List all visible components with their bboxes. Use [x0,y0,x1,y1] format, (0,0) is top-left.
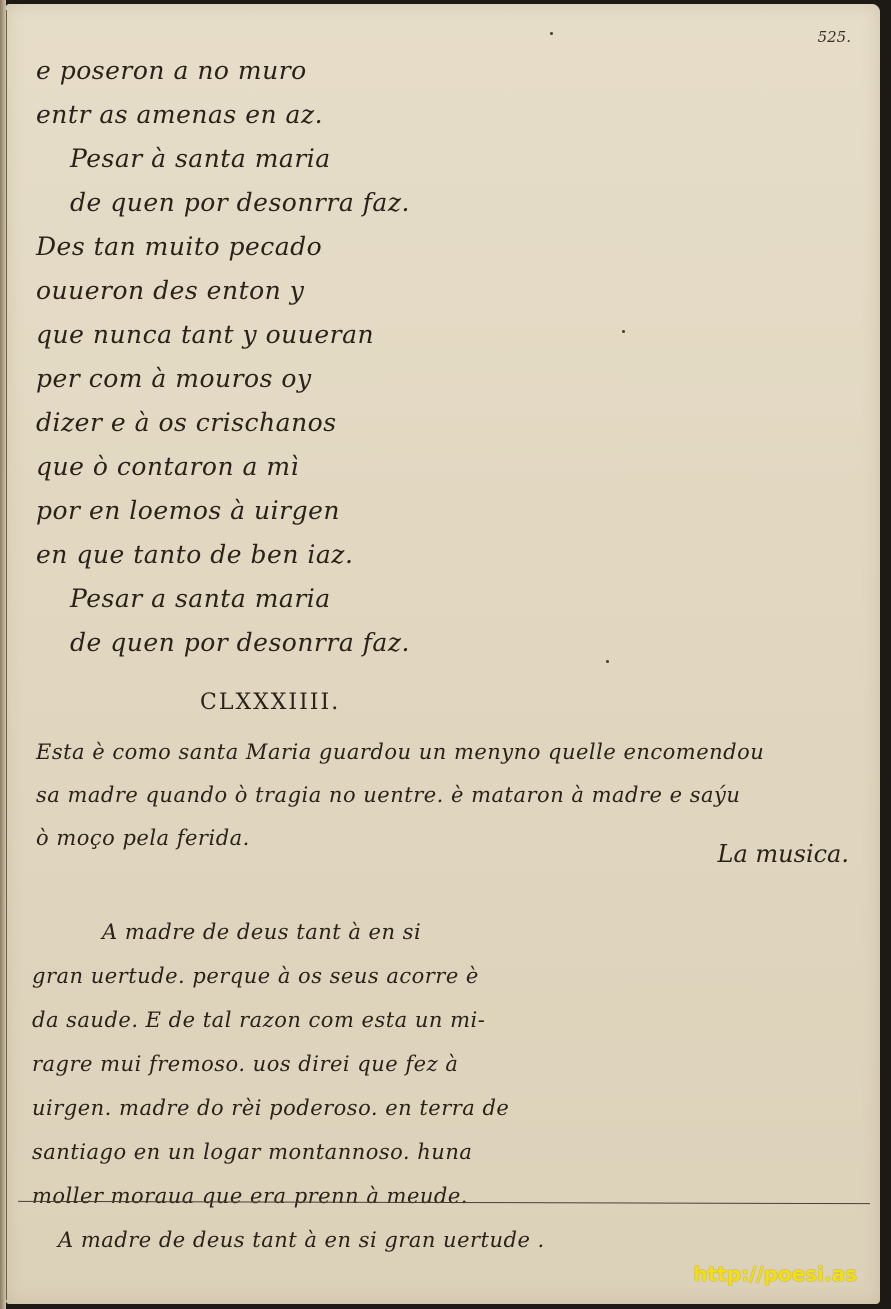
ink-speck [622,330,625,333]
manuscript-line: que ò contaron a mì [36,448,299,485]
manuscript-line: sa madre quando ò tragia no uentre. è ma… [36,773,740,817]
ink-speck [606,660,609,663]
manuscript-line: entr as amenas en az. [36,96,323,133]
ink-speck [550,32,553,35]
section-heading: CLXXXIIII. [200,690,340,715]
manuscript-line: A madre de deus tant à en si [102,910,421,954]
manuscript-line: Des tan muito pecado [36,228,322,265]
manuscript-line: santiago en un logar montannoso. huna [32,1130,472,1174]
manuscript-line: Esta è como santa Maria guardou un menyn… [36,730,764,774]
manuscript-line: dizer e à os crischanos [36,404,337,441]
manuscript-line: ouueron des enton y [36,272,304,309]
manuscript-line: por en loemos à uirgen [36,492,340,529]
gutter-line [6,10,7,1300]
manuscript-line: de quen por desonrra faz. [70,624,410,661]
refrain-line: A madre de deus tant à en si gran uertud… [58,1218,545,1262]
manuscript-line: moller moraua que era prenn à meude. [32,1174,468,1218]
manuscript-line: gran uertude. perque à os seus acorre è [32,954,479,998]
watermark-link[interactable]: http://poesi.as [693,1262,857,1286]
folio-number: 525. [818,28,851,46]
manuscript-line: e poseron a no muro [36,52,307,89]
manuscript-line: que nunca tant y ouueran [36,316,374,353]
manuscript-line: da saude. E de tal razon com esta un mi- [32,998,485,1042]
music-note: La musica. [718,840,849,868]
manuscript-line: de quen por desonrra faz. [70,184,410,221]
manuscript-line: per com à mouros oy [36,360,312,397]
manuscript-line: Pesar a santa maria [70,580,331,617]
manuscript-line: uirgen. madre do rèi poderoso. en terra … [32,1086,509,1130]
manuscript-line: Pesar à santa maria [70,140,331,177]
manuscript-line: ragre mui fremoso. uos direi que fez à [32,1042,458,1086]
manuscript-line: ò moço pela ferida. [36,816,250,860]
manuscript-line: en que tanto de ben iaz. [36,536,353,573]
